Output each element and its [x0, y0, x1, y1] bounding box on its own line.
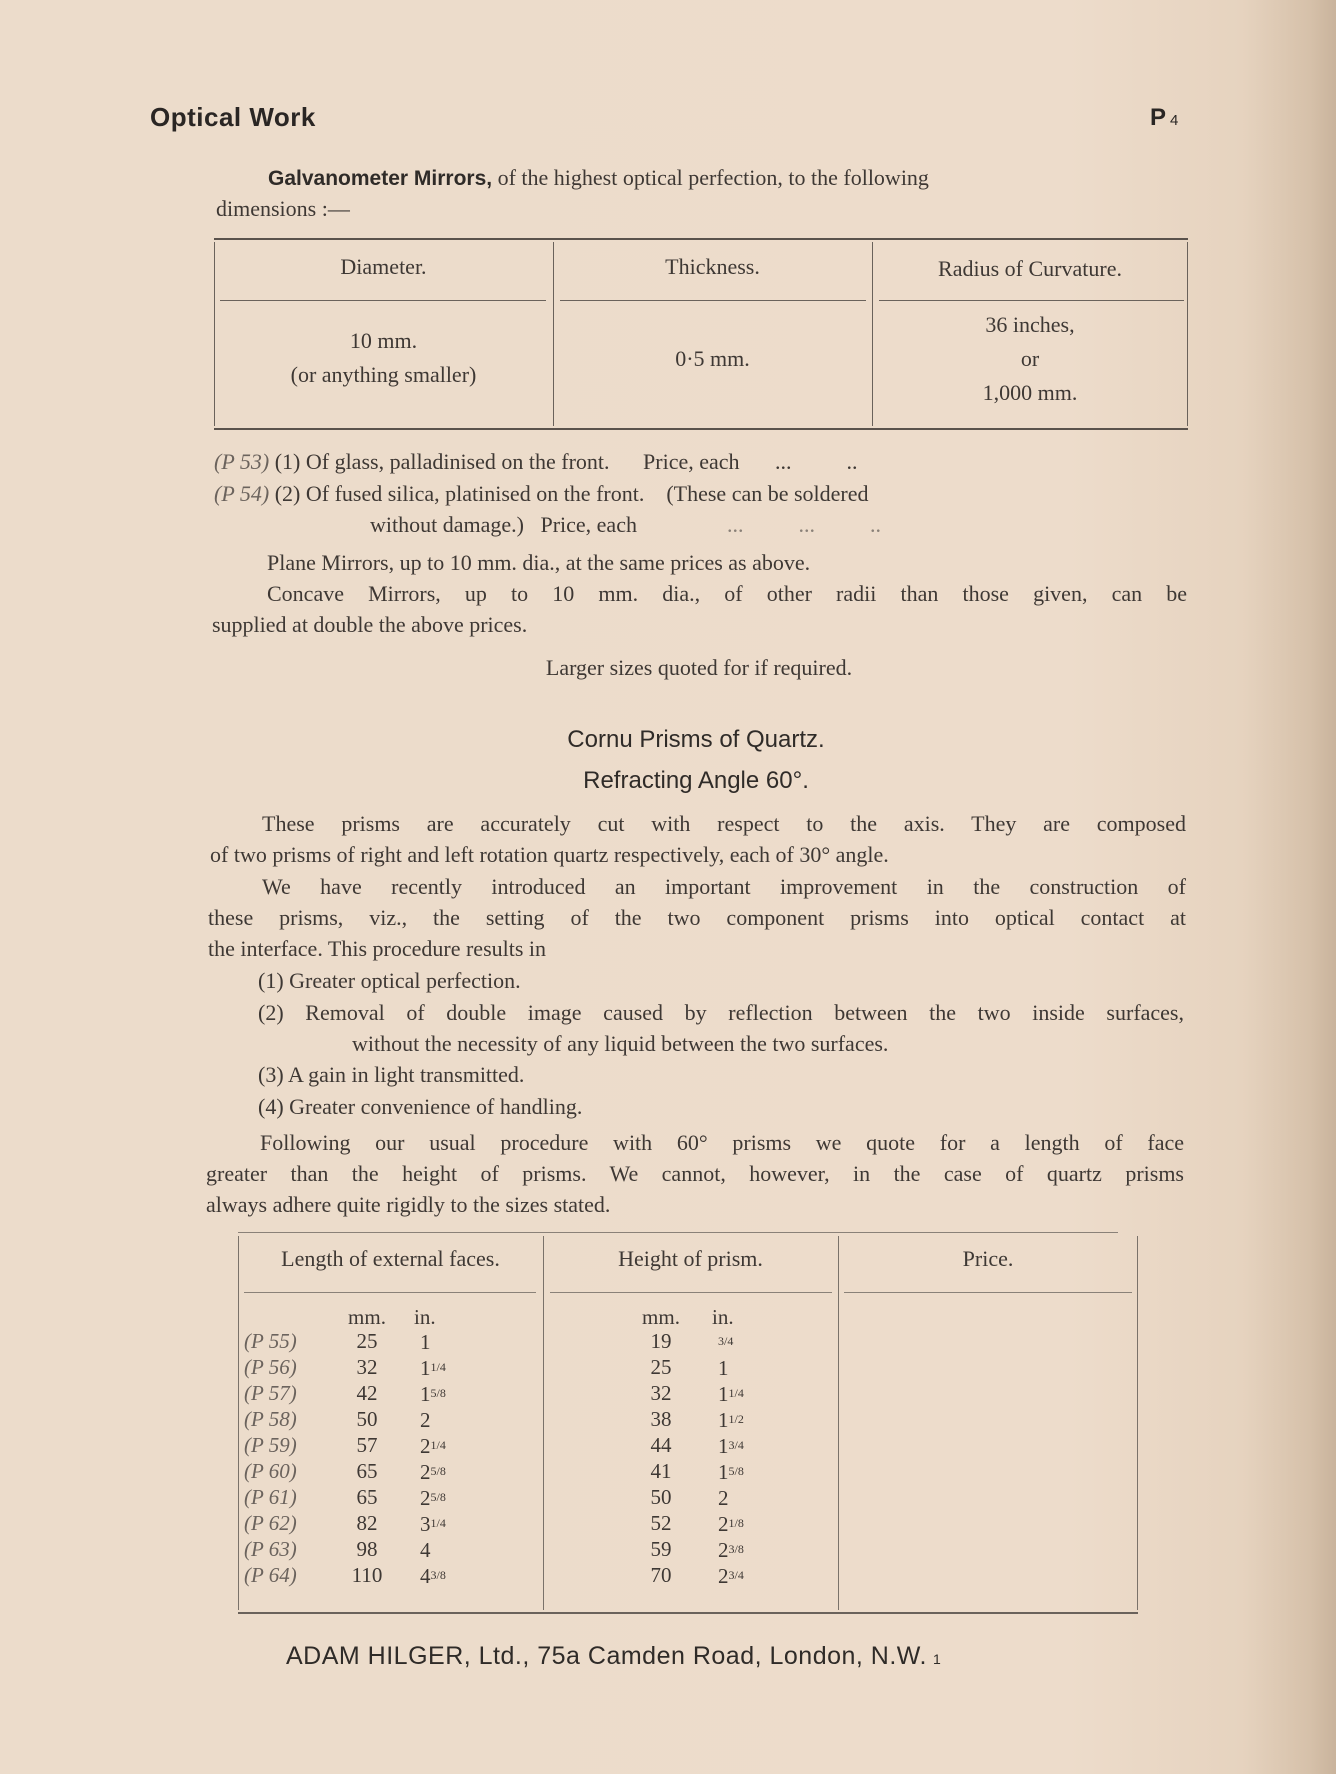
catalogue-code: (P 57)	[244, 1380, 324, 1406]
item-code: (P 54)	[214, 481, 269, 506]
table-row: (P 56)3211/4251	[238, 1354, 838, 1380]
table-row: (P 63)9845923/8	[238, 1536, 838, 1562]
plane-mirrors-note: Plane Mirrors, up to 10 mm. dia., at the…	[267, 547, 810, 578]
cell-radius: 36 inches, or 1,000 mm.	[872, 308, 1188, 410]
cell-diameter: 10 mm. (or anything smaller)	[214, 324, 553, 392]
catalogue-code: (P 59)	[244, 1432, 324, 1458]
height-mm: 38	[636, 1406, 686, 1432]
unit-mm: mm.	[342, 1304, 392, 1330]
catalogue-code: (P 55)	[244, 1328, 324, 1354]
height-in: 21/8	[718, 1510, 768, 1537]
item-p54: (P 54) (2) Of fused silica, platinised o…	[214, 478, 869, 509]
unit-mm: mm.	[636, 1304, 686, 1330]
mirror-dimensions-table: Diameter. Thickness. Radius of Curvature…	[214, 238, 1188, 430]
height-in: 11/2	[718, 1406, 768, 1433]
cornu-para1-line2: of two prisms of right and left rotation…	[210, 839, 889, 870]
header-thickness: Thickness.	[553, 250, 872, 284]
height-in-whole: 1	[718, 1460, 729, 1484]
height-mm: 59	[636, 1536, 686, 1562]
length-in-fraction: 5/8	[431, 1464, 446, 1478]
galvanometer-intro: Galvanometer Mirrors, of the highest opt…	[268, 162, 929, 194]
length-in-whole: 2	[420, 1486, 431, 1510]
length-in: 15/8	[420, 1380, 470, 1407]
table-row: (P 58)5023811/2	[238, 1406, 838, 1432]
radius-mm: 1,000 mm.	[872, 376, 1188, 410]
header-diameter: Diameter.	[214, 250, 553, 284]
catalogue-code: (P 61)	[244, 1484, 324, 1510]
height-mm: 70	[636, 1562, 686, 1588]
height-mm: 32	[636, 1380, 686, 1406]
height-in-fraction: 3/4	[718, 1334, 733, 1348]
catalogue-code: (P 62)	[244, 1510, 324, 1536]
page-number: P4	[1150, 104, 1178, 132]
length-in-whole: 3	[420, 1512, 431, 1536]
benefit-item-3: (3) A gain in light transmitted.	[258, 1059, 524, 1090]
cornu-subtitle: Refracting Angle 60°.	[0, 767, 1336, 795]
height-in: 3/4	[718, 1328, 768, 1355]
length-in-fraction: 5/8	[431, 1490, 446, 1504]
larger-sizes-note: Larger sizes quoted for if required.	[0, 652, 1336, 683]
postal-district: 1	[933, 1651, 941, 1667]
publisher-footer: ADAM HILGER, Ltd., 75a Camden Road, Lond…	[286, 1642, 941, 1671]
unit-row: mm. in. mm. in.	[238, 1304, 838, 1330]
unit-in: in.	[712, 1304, 762, 1330]
radius-inches: 36 inches,	[872, 308, 1188, 342]
length-in: 25/8	[420, 1458, 470, 1485]
length-mm: 98	[342, 1536, 392, 1562]
benefit-item-4: (4) Greater convenience of handling.	[258, 1091, 582, 1122]
height-mm: 41	[636, 1458, 686, 1484]
height-in: 23/4	[718, 1562, 768, 1589]
length-in-fraction: 1/4	[431, 1360, 446, 1374]
cornu-para3-line2: greater than the height of prisms. We ca…	[206, 1158, 1184, 1189]
cornu-para3-line3: always adhere quite rigidly to the sizes…	[206, 1189, 610, 1220]
length-in: 2	[420, 1406, 470, 1433]
column-divider	[838, 1236, 839, 1610]
page-number-value: 4	[1170, 112, 1178, 129]
length-in: 4	[420, 1536, 470, 1563]
header-rule	[560, 300, 866, 301]
table-row: (P 59)5721/44413/4	[238, 1432, 838, 1458]
height-in-whole: 1	[718, 1356, 729, 1380]
height-in: 2	[718, 1484, 768, 1511]
item-leaders: ... ... ..	[727, 512, 881, 537]
galvanometer-heading: Galvanometer Mirrors,	[268, 167, 492, 190]
height-in: 13/4	[718, 1432, 768, 1459]
length-mm: 42	[342, 1380, 392, 1406]
height-in: 23/8	[718, 1536, 768, 1563]
table-border-right	[1137, 1236, 1138, 1610]
length-mm: 32	[342, 1354, 392, 1380]
catalogue-code: (P 63)	[244, 1536, 324, 1562]
header-height: Height of prism.	[543, 1246, 838, 1272]
header-rule	[220, 300, 546, 301]
header-radius: Radius of Curvature.	[872, 252, 1188, 286]
item-number: (1)	[275, 449, 301, 474]
prism-sizes-table: Length of external faces. Height of pris…	[238, 1232, 1138, 1614]
table-row: (P 57)4215/83211/4	[238, 1380, 838, 1406]
length-in-whole: 2	[420, 1460, 431, 1484]
length-in-whole: 4	[420, 1564, 431, 1588]
height-in-fraction: 1/2	[729, 1412, 744, 1426]
catalogue-code: (P 64)	[244, 1562, 324, 1588]
header-rule	[550, 1292, 832, 1293]
height-in: 1	[718, 1354, 768, 1381]
item-text: Of glass, palladinised on the front.	[306, 449, 610, 474]
height-in-fraction: 1/4	[729, 1386, 744, 1400]
height-in-fraction: 1/8	[729, 1516, 744, 1530]
table-row: (P 62)8231/45221/8	[238, 1510, 838, 1536]
item-p53: (P 53) (1) Of glass, palladinised on the…	[214, 446, 858, 477]
height-in-fraction: 5/8	[729, 1464, 744, 1478]
height-mm: 19	[636, 1328, 686, 1354]
table-row: (P 61)6525/8502	[238, 1484, 838, 1510]
height-mm: 50	[636, 1484, 686, 1510]
catalogue-code: (P 60)	[244, 1458, 324, 1484]
cornu-para2-line2: these prisms, viz., the setting of the t…	[208, 902, 1186, 933]
galvanometer-intro-line2: dimensions :—	[216, 193, 350, 224]
table-rule	[214, 428, 1188, 430]
length-mm: 65	[342, 1484, 392, 1510]
length-in: 11/4	[420, 1354, 470, 1381]
height-mm: 25	[636, 1354, 686, 1380]
radius-or: or	[872, 342, 1188, 376]
header-rule	[244, 1292, 536, 1293]
document-page: Optical Work P4 Galvanometer Mirrors, of…	[0, 0, 1336, 1774]
cornu-para2-line1: We have recently introduced an important…	[262, 871, 1186, 902]
length-in-whole: 1	[420, 1356, 431, 1380]
length-in-fraction: 1/4	[431, 1438, 446, 1452]
length-mm: 65	[342, 1458, 392, 1484]
length-in: 1	[420, 1328, 470, 1355]
length-mm: 57	[342, 1432, 392, 1458]
cell-thickness: 0·5 mm.	[553, 342, 872, 376]
length-mm: 110	[342, 1562, 392, 1588]
length-in-whole: 2	[420, 1408, 431, 1432]
height-in-whole: 1	[718, 1408, 729, 1432]
concave-mirrors-note-line2: supplied at double the above prices.	[212, 609, 527, 640]
item-code: (P 53)	[214, 449, 269, 474]
height-mm: 52	[636, 1510, 686, 1536]
height-in-whole: 2	[718, 1486, 729, 1510]
item-price-label: Price, each	[643, 449, 740, 474]
length-mm: 82	[342, 1510, 392, 1536]
table-rule	[214, 238, 1188, 240]
page-label: P	[1150, 104, 1166, 131]
item-text: Of fused silica, platinised on the front…	[306, 481, 869, 506]
diameter-note: (or anything smaller)	[214, 358, 553, 392]
cornu-title: Cornu Prisms of Quartz.	[0, 726, 1336, 754]
header-rule	[879, 300, 1184, 301]
height-in-fraction: 3/4	[729, 1568, 744, 1582]
concave-mirrors-note: Concave Mirrors, up to 10 mm. dia., of o…	[267, 578, 1187, 609]
length-in: 25/8	[420, 1484, 470, 1511]
height-in-fraction: 3/8	[729, 1542, 744, 1556]
length-in-fraction: 1/4	[431, 1516, 446, 1530]
item-p54-continuation: without damage.) Price, each... ... ..	[370, 509, 881, 540]
height-in: 15/8	[718, 1458, 768, 1485]
cornu-para1-line1: These prisms are accurately cut with res…	[262, 808, 1186, 839]
length-in-fraction: 3/8	[431, 1568, 446, 1582]
height-in-whole: 2	[718, 1538, 729, 1562]
header-length: Length of external faces.	[238, 1246, 543, 1272]
length-mm: 25	[342, 1328, 392, 1354]
catalogue-code: (P 58)	[244, 1406, 324, 1432]
catalogue-code: (P 56)	[244, 1354, 324, 1380]
height-in-whole: 1	[718, 1434, 729, 1458]
benefit-item-1: (1) Greater optical perfection.	[258, 965, 521, 996]
cornu-para3-line1: Following our usual procedure with 60° p…	[260, 1127, 1184, 1158]
length-in-whole: 1	[420, 1382, 431, 1406]
table-row: (P 64)11043/87023/4	[238, 1562, 838, 1588]
item-leaders: ... ..	[775, 449, 858, 474]
length-in: 21/4	[420, 1432, 470, 1459]
publisher-address: ADAM HILGER, Ltd., 75a Camden Road, Lond…	[286, 1642, 927, 1670]
table-row: (P 60)6525/84115/8	[238, 1458, 838, 1484]
table-rule	[238, 1612, 1138, 1614]
height-in-whole: 2	[718, 1512, 729, 1536]
length-mm: 50	[342, 1406, 392, 1432]
galvanometer-intro-text: of the highest optical perfection, to th…	[492, 165, 929, 190]
unit-in: in.	[414, 1304, 464, 1330]
benefit-item-2: (2) Removal of double image caused by re…	[258, 997, 1184, 1028]
height-in-whole: 2	[718, 1564, 729, 1588]
item-continuation: without damage.) Price, each	[370, 512, 637, 537]
length-in-whole: 4	[420, 1538, 431, 1562]
benefit-item-2-continuation: without the necessity of any liquid betw…	[352, 1028, 888, 1059]
diameter-value: 10 mm.	[214, 324, 553, 358]
table-rule	[238, 1232, 1118, 1233]
length-in-fraction: 5/8	[431, 1386, 446, 1400]
length-in: 43/8	[420, 1562, 470, 1589]
height-in-whole: 1	[718, 1382, 729, 1406]
length-in-whole: 1	[420, 1330, 431, 1354]
item-number: (2)	[275, 481, 301, 506]
table-row: (P 55)251193/4	[238, 1328, 838, 1354]
length-in: 31/4	[420, 1510, 470, 1537]
height-mm: 44	[636, 1432, 686, 1458]
cornu-para2-line3: the interface. This procedure results in	[208, 933, 546, 964]
header-rule	[844, 1292, 1132, 1293]
height-in: 11/4	[718, 1380, 768, 1407]
header-price: Price.	[838, 1246, 1138, 1272]
length-in-whole: 2	[420, 1434, 431, 1458]
height-in-fraction: 3/4	[729, 1438, 744, 1452]
section-title: Optical Work	[150, 102, 316, 133]
